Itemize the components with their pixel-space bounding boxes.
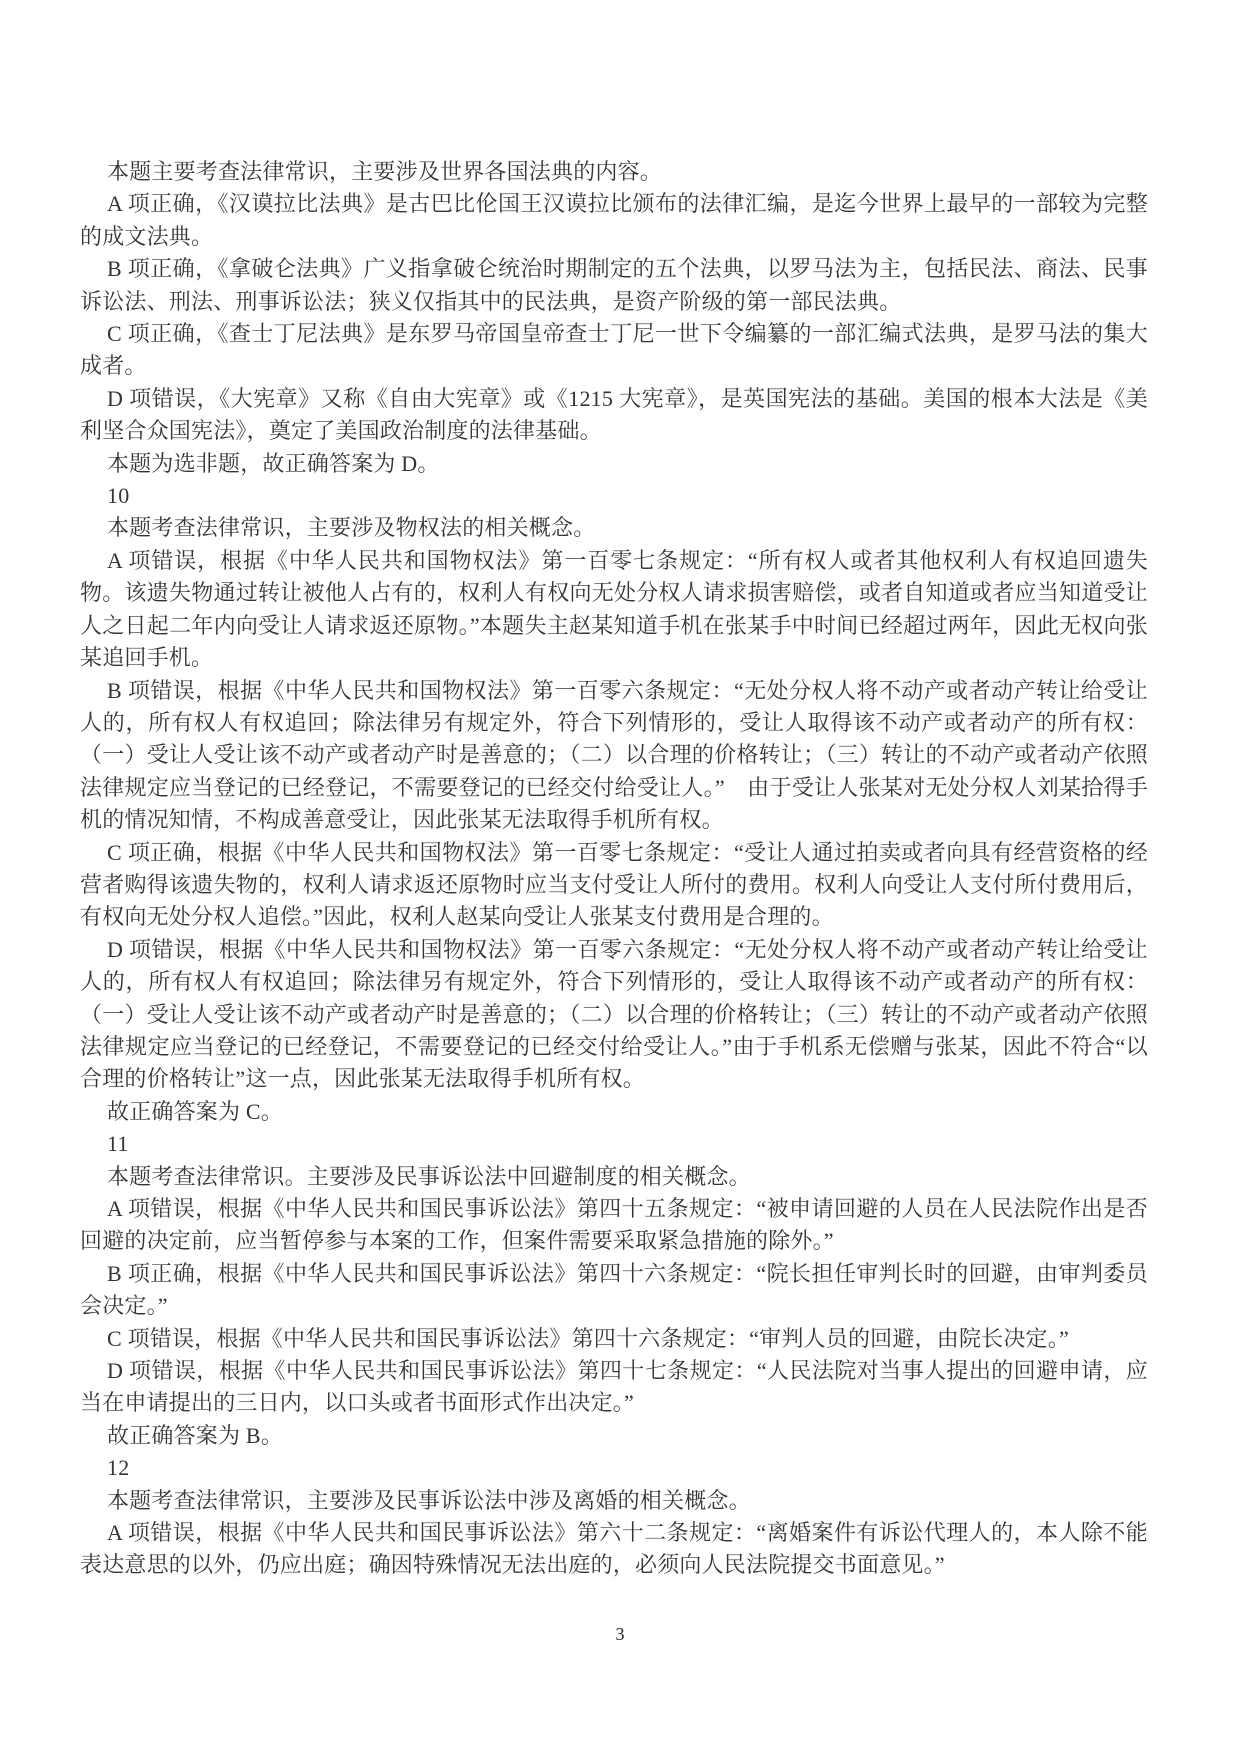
paragraph: 本题考查法律常识，主要涉及民事诉讼法中涉及离婚的相关概念。 (80, 1485, 1148, 1517)
question-number: 12 (80, 1452, 1148, 1484)
paragraph: C 项正确，根据《中华人民共和国物权法》第一百零七条规定：“受让人通过拍卖或者向… (80, 837, 1148, 934)
paragraph: B 项正确，《拿破仑法典》广义指拿破仑统治时期制定的五个法典，以罗马法为主，包括… (80, 253, 1148, 318)
question-number: 11 (80, 1128, 1148, 1160)
paragraph: 本题考查法律常识。主要涉及民事诉讼法中回避制度的相关概念。 (80, 1161, 1148, 1193)
question-number: 10 (80, 480, 1148, 512)
document-page: 本题主要考查法律常识，主要涉及世界各国法典的内容。A 项正确，《汉谟拉比法典》是… (0, 0, 1240, 1754)
page-footer: 3 (0, 1624, 1240, 1645)
paragraph: B 项正确，根据《中华人民共和国民事诉讼法》第四十六条规定：“院长担任审判长时的… (80, 1258, 1148, 1323)
paragraph: 故正确答案为 B。 (80, 1420, 1148, 1452)
paragraph: D 项错误，根据《中华人民共和国物权法》第一百零六条规定：“无处分权人将不动产或… (80, 934, 1148, 1096)
page-number: 3 (616, 1624, 625, 1644)
paragraph: 故正确答案为 C。 (80, 1096, 1148, 1128)
paragraph: 本题考查法律常识，主要涉及物权法的相关概念。 (80, 512, 1148, 544)
paragraph: A 项错误，根据《中华人民共和国物权法》第一百零七条规定：“所有权人或者其他权利… (80, 545, 1148, 675)
paragraph: 本题主要考查法律常识，主要涉及世界各国法典的内容。 (80, 156, 1148, 188)
paragraph: C 项错误，根据《中华人民共和国民事诉讼法》第四十六条规定：“审判人员的回避，由… (80, 1323, 1148, 1355)
paragraph: D 项错误，根据《中华人民共和国民事诉讼法》第四十七条规定：“人民法院对当事人提… (80, 1355, 1148, 1420)
document-content: 本题主要考查法律常识，主要涉及世界各国法典的内容。A 项正确，《汉谟拉比法典》是… (80, 156, 1148, 1582)
paragraph: D 项错误，《大宪章》又称《自由大宪章》或《1215 大宪章》，是英国宪法的基础… (80, 383, 1148, 448)
paragraph: C 项正确，《查士丁尼法典》是东罗马帝国皇帝查士丁尼一世下令编纂的一部汇编式法典… (80, 318, 1148, 383)
paragraph: 本题为选非题，故正确答案为 D。 (80, 448, 1148, 480)
paragraph: B 项错误，根据《中华人民共和国物权法》第一百零六条规定：“无处分权人将不动产或… (80, 675, 1148, 837)
paragraph: A 项错误，根据《中华人民共和国民事诉讼法》第四十五条规定：“被申请回避的人员在… (80, 1193, 1148, 1258)
paragraph: A 项正确，《汉谟拉比法典》是古巴比伦国王汉谟拉比颁布的法律汇编，是迄今世界上最… (80, 188, 1148, 253)
paragraph: A 项错误，根据《中华人民共和国民事诉讼法》第六十二条规定：“离婚案件有诉讼代理… (80, 1517, 1148, 1582)
